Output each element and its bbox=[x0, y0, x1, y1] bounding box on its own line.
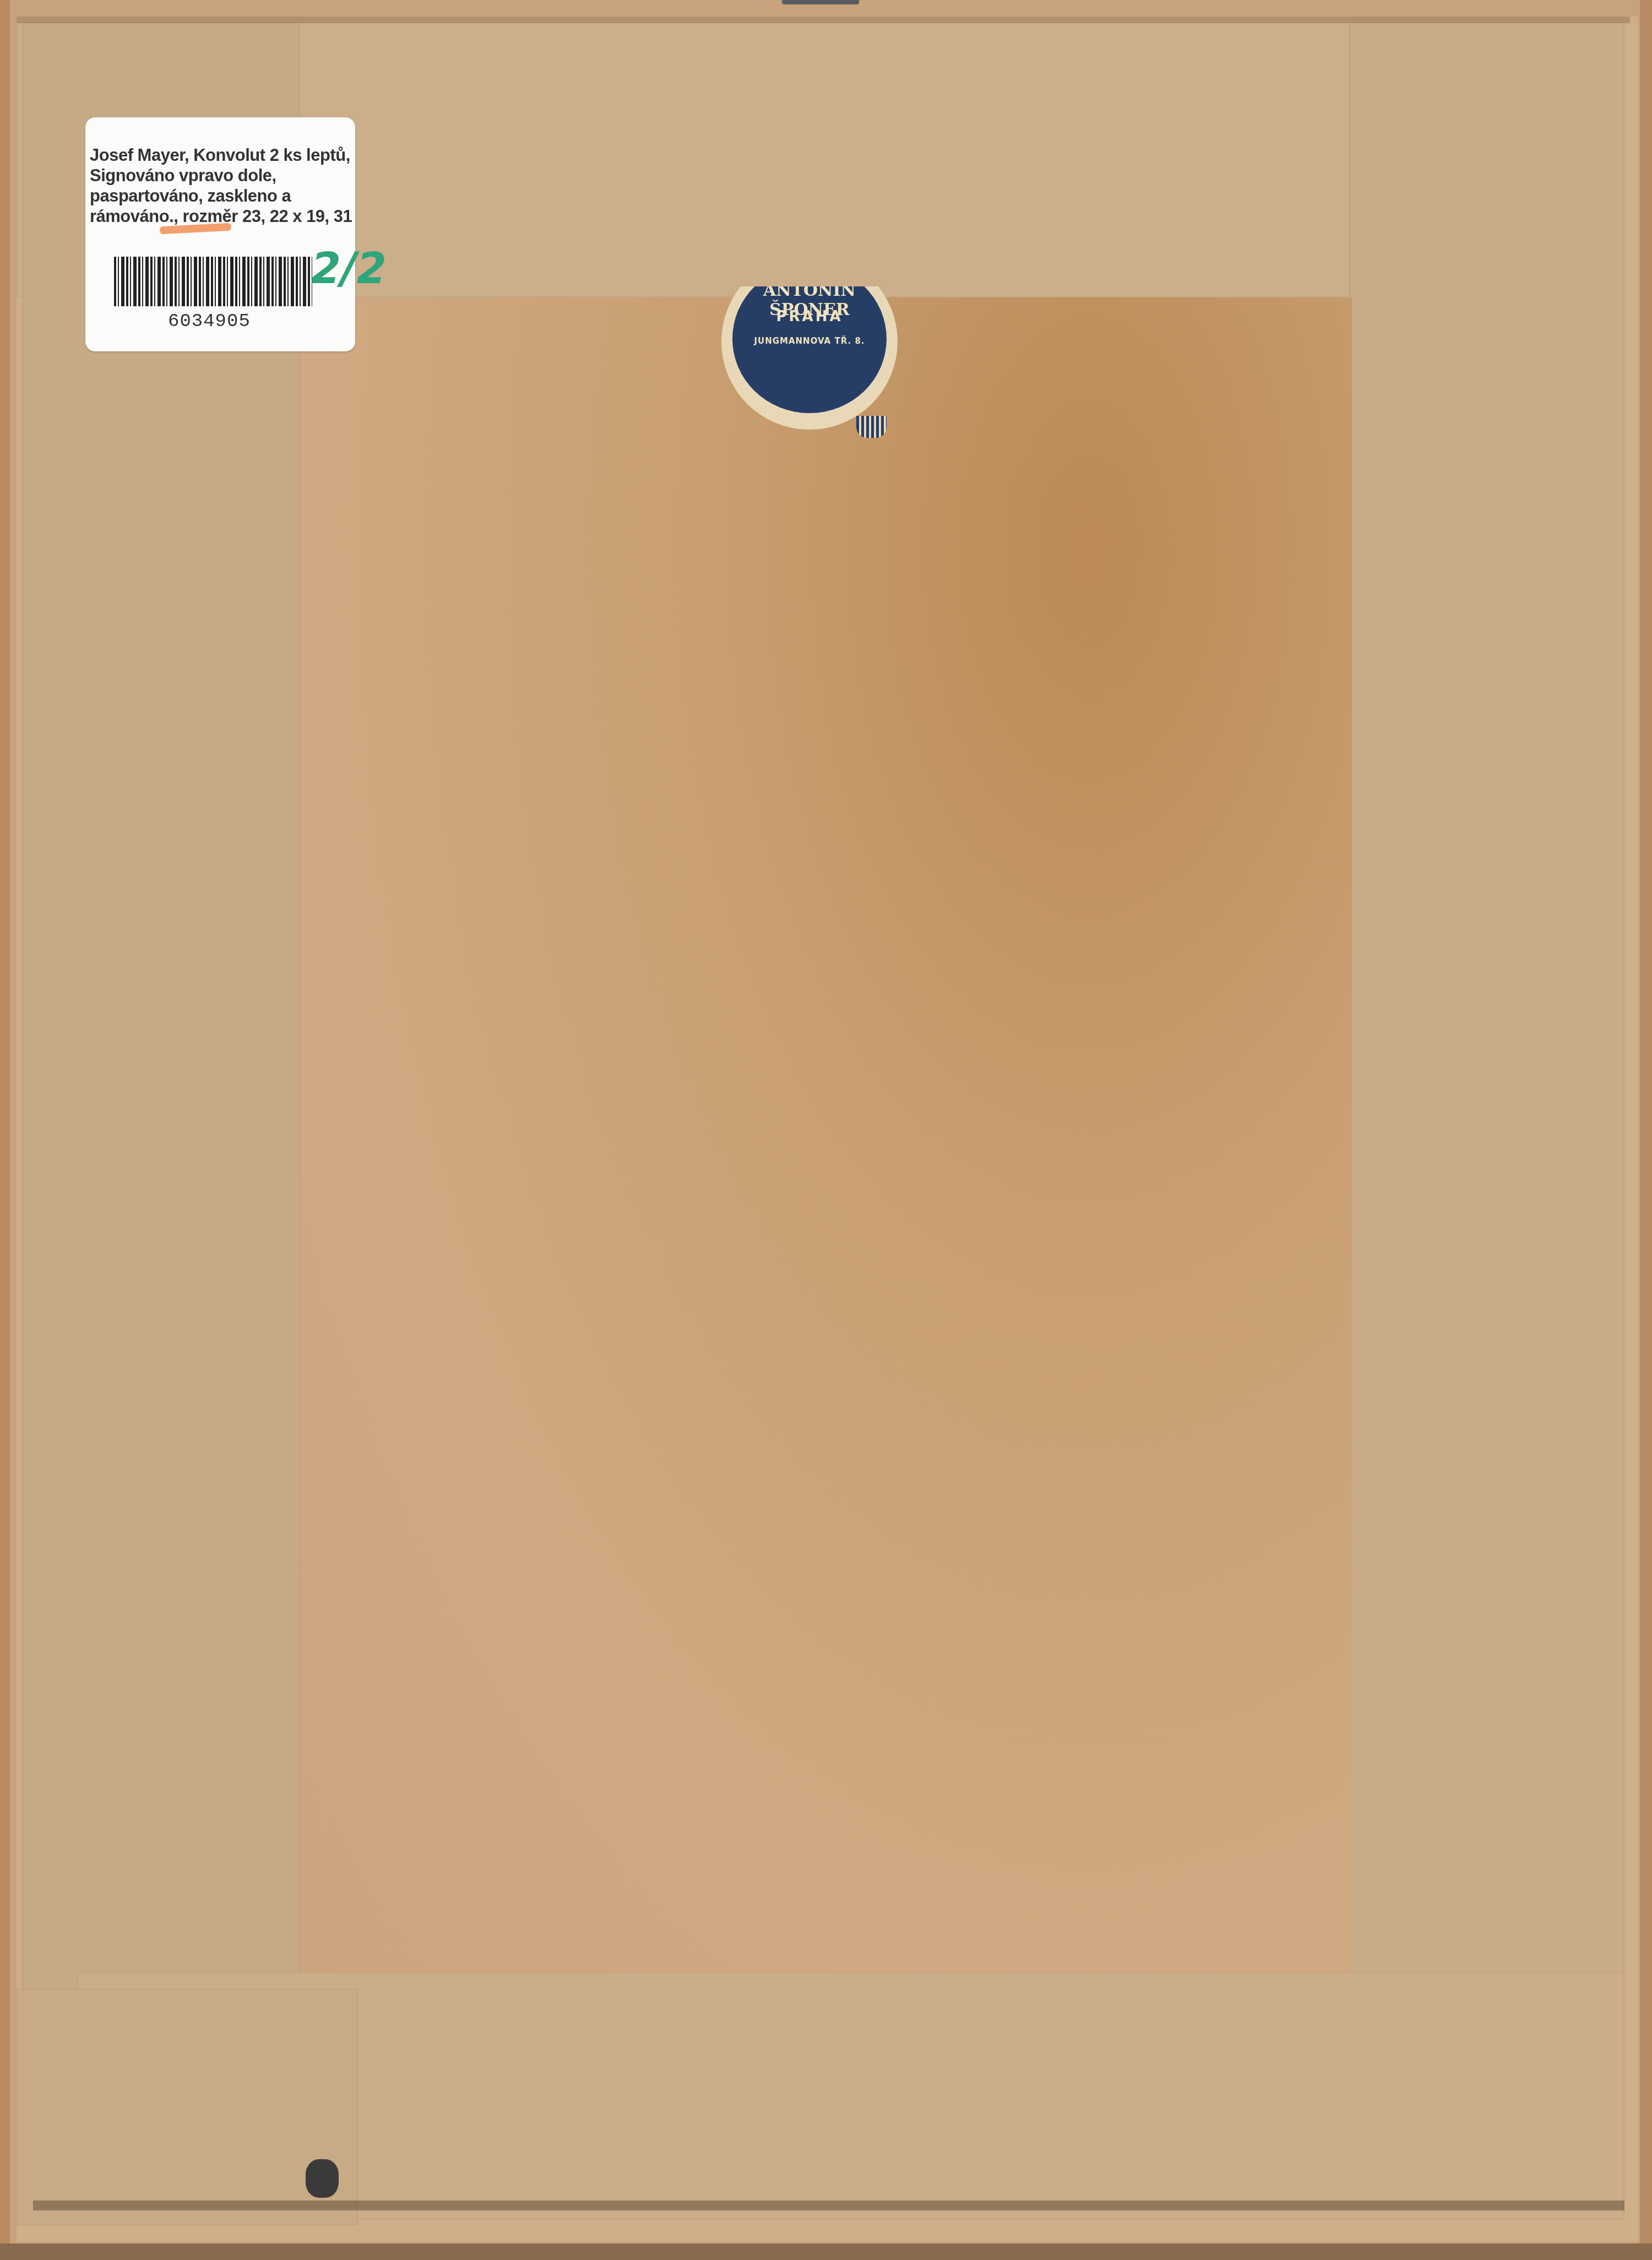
top-shadow-line bbox=[17, 17, 1630, 23]
dark-stain bbox=[306, 2159, 339, 2198]
center-backing-panel bbox=[300, 297, 1352, 1972]
handwritten-mark: 2/2 bbox=[311, 244, 387, 294]
barcode-icon bbox=[114, 257, 312, 306]
barcode-number: 6034905 bbox=[168, 311, 251, 332]
label-description: Josef Mayer, Konvolut 2 ks leptů, Signov… bbox=[90, 145, 354, 226]
seal-stripes bbox=[856, 416, 887, 438]
seal-blue-disc: …RTOLIST NA OBRAZ… ANTONÍN ŠPONER PRAHA … bbox=[732, 264, 887, 413]
auction-label: Josef Mayer, Konvolut 2 ks leptů, Signov… bbox=[85, 117, 355, 351]
seal-text-city: PRAHA bbox=[732, 308, 887, 325]
framer-seal: …RTOLIST NA OBRAZ… ANTONÍN ŠPONER PRAHA … bbox=[716, 286, 903, 441]
tape-strip-right bbox=[1349, 22, 1624, 2220]
label-line: paspartováno, zaskleno a bbox=[90, 186, 354, 206]
frame-edge-left bbox=[0, 0, 10, 2260]
seal-tape-overlap bbox=[716, 242, 903, 286]
bottom-shadow-line bbox=[33, 2201, 1624, 2210]
hanger-hook-icon bbox=[782, 0, 859, 4]
tape-strip-left bbox=[22, 22, 300, 2220]
seal-text-address: JUNGMANNOVA TŘ. 8. bbox=[732, 336, 887, 346]
label-line: Josef Mayer, Konvolut 2 ks leptů, bbox=[90, 145, 354, 165]
frame-edge-right bbox=[1640, 0, 1652, 2260]
label-line: Signováno vpravo dole, bbox=[90, 165, 354, 186]
frame-edge-bottom bbox=[0, 2243, 1652, 2260]
